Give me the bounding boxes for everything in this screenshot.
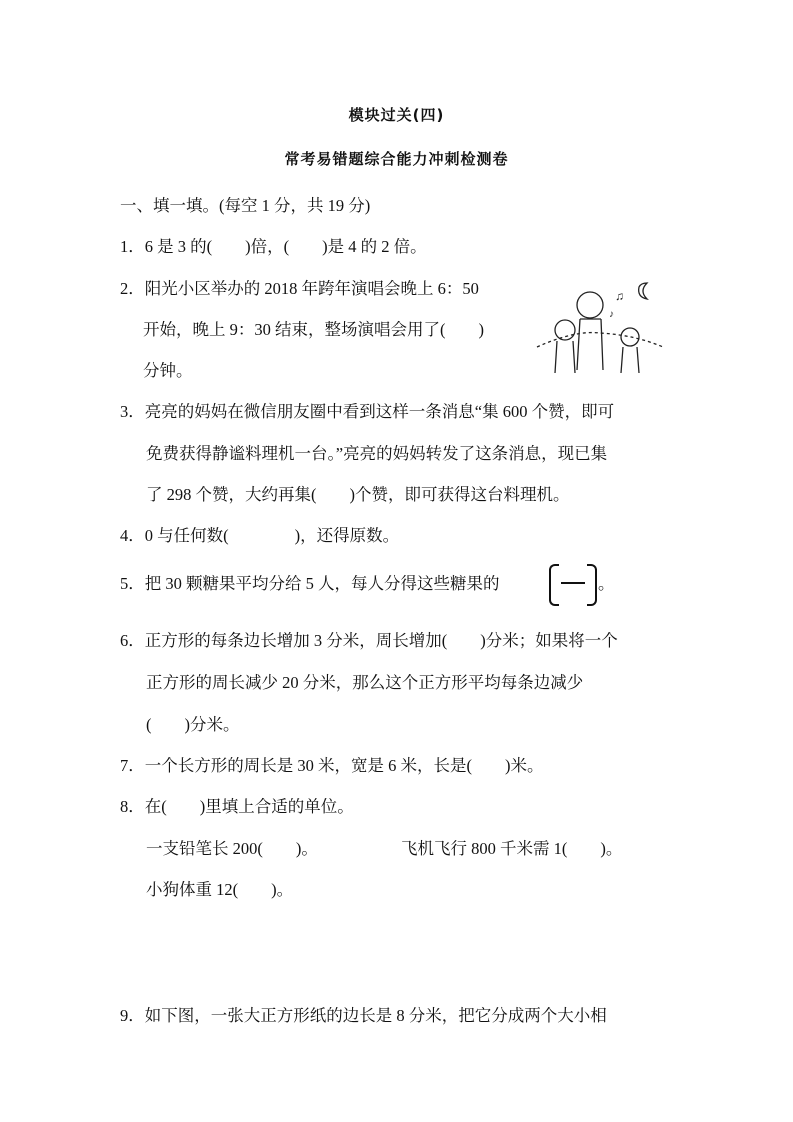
question-2-line-2: 开始，晚上 9：30 结束，整场演唱会用了( ) bbox=[143, 316, 484, 340]
question-2-line-3: 分钟。 bbox=[143, 357, 193, 381]
fraction-blank[interactable] bbox=[549, 564, 597, 604]
question-5: 5．把 30 颗糖果平均分给 5 人，每人分得这些糖果的 bbox=[120, 570, 500, 594]
singing-family-illustration: ♫ ♪ bbox=[535, 275, 665, 380]
question-4: 4．0 与任何数( )，还得原数。 bbox=[120, 522, 399, 546]
question-8-dog: 小狗体重 12( )。 bbox=[146, 876, 293, 900]
question-1: 1．6 是 3 的( )倍，( )是 4 的 2 倍。 bbox=[120, 233, 427, 257]
question-7: 7．一个长方形的周长是 30 米，宽是 6 米，长是( )米。 bbox=[120, 752, 544, 776]
svg-text:♪: ♪ bbox=[609, 309, 614, 320]
question-2: 2．阳光小区举办的 2018 年跨年演唱会晚上 6：50 bbox=[120, 275, 479, 299]
question-3: 3．亮亮的妈妈在微信朋友圈中看到这样一条消息“集 600 个赞，即可 bbox=[120, 398, 614, 422]
svg-text:♫: ♫ bbox=[615, 289, 624, 303]
page-title: 模块过关(四) bbox=[0, 104, 793, 125]
question-3-line-3: 了 298 个赞，大约再集( )个赞，即可获得这台料理机。 bbox=[146, 481, 570, 505]
section-heading: 一、填一填。(每空 1 分，共 19 分) bbox=[120, 192, 370, 216]
question-6-line-3: ( )分米。 bbox=[146, 711, 240, 735]
question-3-line-2: 免费获得静谧料理机一台。”亮亮的妈妈转发了这条消息，现已集 bbox=[146, 440, 607, 464]
question-5-period: 。 bbox=[598, 570, 615, 594]
question-8: 8．在( )里填上合适的单位。 bbox=[120, 793, 354, 817]
question-8-plane: 飞机飞行 800 千米需 1( )。 bbox=[401, 835, 622, 859]
question-9: 9．如下图，一张大正方形纸的边长是 8 分米，把它分成两个大小相 bbox=[120, 1002, 607, 1026]
page-subtitle: 常考易错题综合能力冲刺检测卷 bbox=[0, 148, 793, 169]
question-8-pencil: 一支铅笔长 200( )。 bbox=[146, 835, 318, 859]
question-6-line-2: 正方形的周长减少 20 分米，那么这个正方形平均每条边减少 bbox=[146, 669, 583, 693]
question-6: 6．正方形的每条边长增加 3 分米，周长增加( )分米；如果将一个 bbox=[120, 627, 618, 651]
